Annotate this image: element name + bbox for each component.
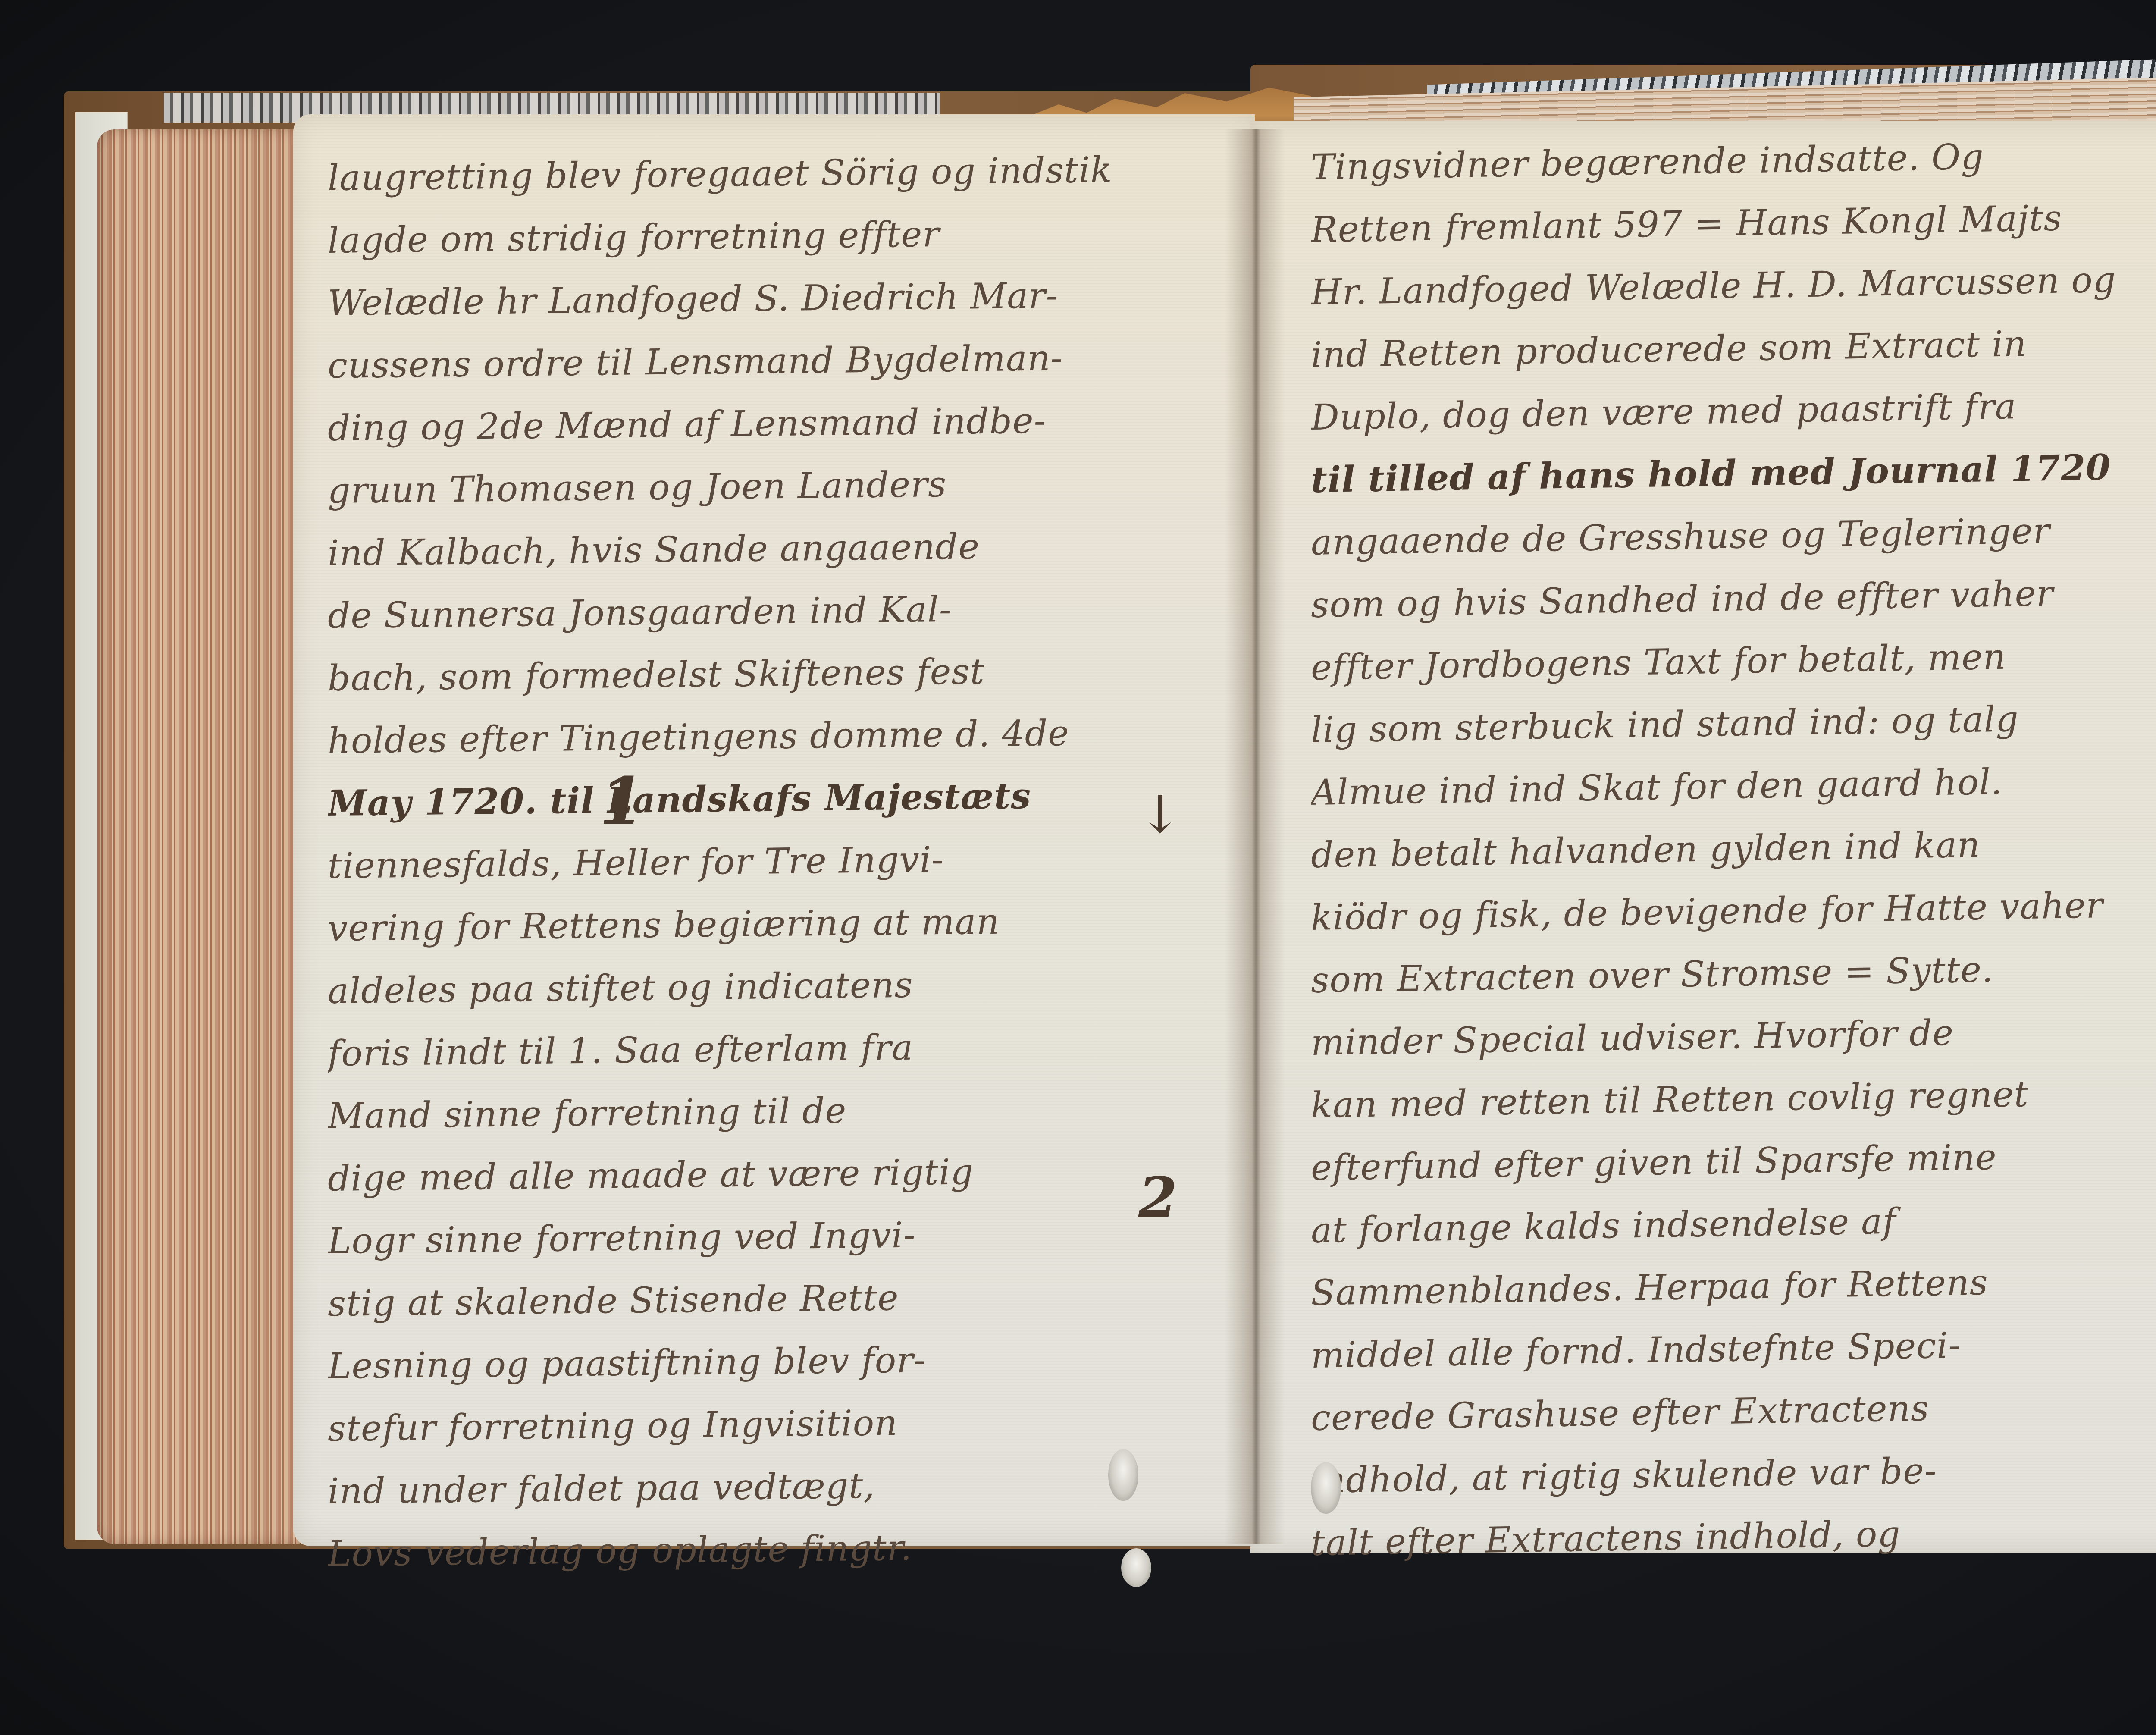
manuscript-line: lagde om stridig forretning effter: [327, 200, 1233, 272]
manuscript-line: aldeles paa stiftet og indicatens: [327, 951, 1233, 1023]
manuscript-line: tiennesfalds, Heller for Tre Ingvi-: [327, 825, 1233, 897]
manuscript-line: ind under faldet paa vedtægt,: [327, 1451, 1233, 1523]
manuscript-line: Lovs vederlag og oplagte fingtr.: [327, 1513, 1233, 1585]
page-block-edge-left: [97, 129, 300, 1544]
manuscript-line: laugretting blev foregaaet Sörig og inds…: [327, 138, 1233, 210]
manuscript-line: gruun Thomasen og Joen Landers: [327, 450, 1233, 522]
manuscript-line: May 1720. til Landskafs Majestæts: [327, 763, 1233, 835]
manuscript-line: foris lindt til 1. Saa efterlam fra: [327, 1013, 1233, 1085]
paper-hole: [1311, 1462, 1341, 1514]
manuscript-line: cussens ordre til Lensmand Bygdelman-: [327, 325, 1233, 397]
manuscript-line: holdes efter Tingetingens domme d. 4de: [327, 700, 1233, 772]
manuscript-line: bach, som formedelst Skiftenes fest: [327, 638, 1233, 710]
manuscript-line: stig at skalende Stisende Rette: [327, 1263, 1233, 1335]
folio-mark-2: 2: [1138, 1164, 1177, 1230]
paper-hole: [1121, 1548, 1151, 1587]
manuscript-line: Mand sinne forretning til de: [327, 1076, 1233, 1148]
paper-hole: [1108, 1449, 1138, 1501]
book-gutter: [1225, 129, 1285, 1544]
folio-mark-1: 1: [599, 763, 644, 839]
manuscript-line: Lesning og paastiftning blev for-: [327, 1326, 1233, 1398]
manuscript-line: dige med alle maade at være rigtig: [327, 1138, 1233, 1210]
manuscript-line: vering for Rettens begiæring at man: [327, 888, 1233, 960]
manuscript-line: Welædle hr Landfoged S. Diedrich Mar-: [327, 263, 1233, 335]
manuscript-line: ding og 2de Mænd af Lensmand indbe-: [327, 388, 1233, 460]
manuscript-line: de Sunnersa Jonsgaarden ind Kal-: [327, 575, 1233, 647]
right-page-text: Tingsvidner begærende indsatte. Og Rette…: [1311, 129, 2156, 1568]
manuscript-line: Logr sinne forretning ved Ingvi-: [327, 1201, 1233, 1273]
left-page-text: laugretting blev foregaaet Sörig og inds…: [328, 142, 1233, 1581]
folio-arrow-mark: ↓: [1138, 785, 1182, 845]
manuscript-line: ind Kalbach, hvis Sande angaaende: [327, 513, 1233, 585]
manuscript-line: talt efter Extractens indhold, og: [1310, 1498, 2156, 1575]
manuscript-line: stefur forretning og Ingvisition: [327, 1388, 1233, 1460]
